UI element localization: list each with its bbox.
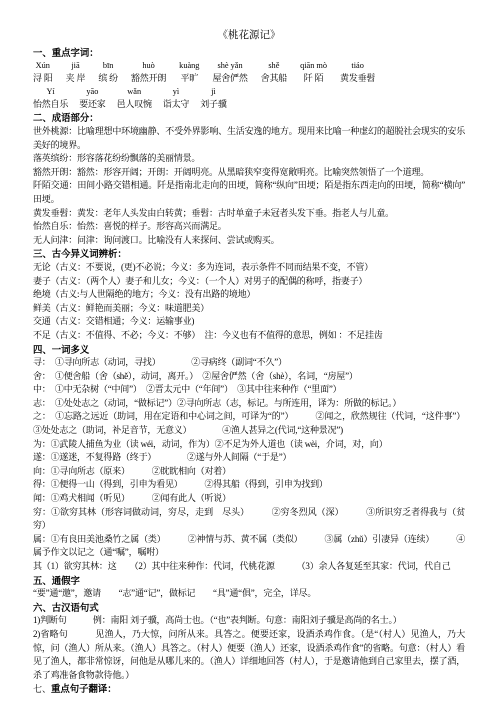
keyword-row-2: Yí怡然自乐 yāo要还家 wǎn邑人叹惋 yì诣太守 jì刘子骥 [33, 86, 465, 112]
keyword-item: shě舍其船 [261, 60, 287, 86]
keyword-item: Xún浔 阳 [33, 60, 53, 86]
pinyin: jì [211, 86, 216, 99]
polysemy-line: 穷：①欲穷其林（形容词做动词，穷尽，走到 尽头） ②穷冬烈风（深） ③所识穷乏者… [33, 506, 465, 533]
idiom-line: 黄发垂髫：黄发：老年人头发由白转黄；垂髫：古时单童子未冠者头发下垂。指老人与儿童… [33, 207, 465, 221]
idiom-line: 豁然开朗：豁然：形容开阔；开朗：开阔明亮。从黑暗狭窄变得宽敞明亮。比喻突然领悟了… [33, 166, 465, 180]
section-heading-ancient-modern: 三、古今异义词辨析： [33, 247, 465, 261]
idiom-line: 怡然自乐：怡然：喜悦的样子。形容高兴而满足。 [33, 220, 465, 234]
pinyin: shě [268, 60, 279, 73]
page-title: 《桃花源记》 [33, 28, 465, 43]
pinyin: huò [142, 60, 154, 73]
idiom-line: 落英缤纷：形容落花纷纷飘落的美丽情景。 [33, 152, 465, 166]
idiom-line: 阡陌交通：田间小路交错相通。阡是指南北走向的田埂，简称“纵向”田埂；陌是指东西走… [33, 179, 465, 206]
hanzi: 怡然自乐 [33, 98, 68, 111]
hanzi: 屋舍俨然 [212, 72, 247, 85]
keyword-row-1: Xún浔 阳 jiā夹 岸 bīn缤 纷 huò豁然开朗 kuàng平旷 shè… [33, 60, 465, 86]
section-heading-tongjiazi: 五、通假字 [33, 574, 465, 588]
keyword-item: qiān mò阡 陌 [300, 60, 327, 86]
keyword-item: jì刘子骥 [200, 86, 226, 112]
section-heading-syntax: 六、古汉语句式 [33, 601, 465, 615]
hanzi: 刘子骥 [200, 98, 226, 111]
section-number: 七、 [33, 684, 51, 694]
hanzi: 黄发垂髫 [340, 72, 375, 85]
syntax-line: 1)判断句 例：南阳 刘子骥，高尚士也。（“也”表判断。句意：南阳刘子骥是高尚的… [33, 614, 465, 628]
hanzi: 浔 阳 [33, 72, 53, 85]
polysemy-line: 志： ①处处志之（动词，“做标记”）②寻向所志（志，标记。与所连用，译为：所做的… [33, 397, 465, 411]
hanzi: 邑人叹惋 [117, 98, 152, 111]
keyword-item: Yí怡然自乐 [33, 86, 68, 112]
polysemy-line: 属：①有良田美池桑竹之属（类） ②神情与苏、黄不属（类似） ③属（zhǔ）引凄异… [33, 533, 465, 560]
polysemy-line: 寻： ①寻向所志（动词，寻找） ②寻病终（副词“不久”） [33, 356, 465, 370]
keyword-item: jiā夹 岸 [66, 60, 86, 86]
polysemy-line: 中： ①中无杂树（“中间”） ②晋太元中（“年间”） ③其中往来种作（“里面”） [33, 383, 465, 397]
hanzi: 要还家 [79, 98, 105, 111]
ancient-modern-line: 妻子（古义：（两个人）妻子和儿女；今义：（一个人）对男子的配偶的称呼，指妻子） [33, 275, 465, 289]
pinyin: bīn [103, 60, 114, 73]
section-heading-keywords: 一、重点字词： [33, 46, 465, 60]
ancient-modern-line: 无论（古义：不要说，(更)不必说；今义：多为连词，表示条件不同而结果不变，不管） [33, 261, 465, 275]
keyword-item: shè yǎn屋舍俨然 [212, 60, 247, 86]
section-heading-translation: 七、重点句子翻译： [33, 682, 465, 697]
document-page: 《桃花源记》 一、重点字词： Xún浔 阳 jiā夹 岸 bīn缤 纷 huò豁… [0, 0, 496, 702]
polysemy-line: 其（1）欲穷其林：这 （2）其中往来种作：代词，代桃花源 （3）余人各复延至其家… [33, 560, 465, 574]
keyword-item: yì诣太守 [163, 86, 189, 112]
polysemy-line: 得：①便得一山（得到，引申为看见） ②得其船（得到，引申为找到） [33, 478, 465, 492]
hanzi: 舍其船 [261, 72, 287, 85]
keyword-item: kuàng平旷 [179, 60, 199, 86]
ancient-modern-line: 绝境（古义:与人世隔绝的地方；今义：没有出路的境地） [33, 288, 465, 302]
keyword-item: tiáo黄发垂髫 [340, 60, 375, 86]
pinyin: yì [173, 86, 179, 99]
idiom-line: 世外桃源：比喻理想中环境幽静、不受外界影响、生活安逸的地方。现用来比喻一种虚幻的… [33, 125, 465, 152]
hanzi: 诣太守 [163, 98, 189, 111]
tongjiazi-line: “要”通“邀”，邀请 “志”通“记”，做标记 “具”通“俱”，完全，详尽。 [33, 587, 465, 601]
hanzi: 平旷 [181, 72, 199, 85]
pinyin: qiān mò [300, 60, 327, 73]
pinyin: kuàng [179, 60, 199, 73]
polysemy-line: 舍： ①便舍船（舍（shě），动词，离开。） ②屋舍俨然（舍（shè），名词，“… [33, 370, 465, 384]
polysemy-line: 遂：①遂迷，不复得路（终于） ②遂与外人间隔（“于是”） [33, 451, 465, 465]
pinyin: yāo [86, 86, 98, 99]
keyword-item: yāo要还家 [79, 86, 105, 112]
keyword-item: bīn缤 纷 [98, 60, 118, 86]
idiom-line: 无人问津：问津：询问渡口。比喻没有人来探问、尝试或购买。 [33, 234, 465, 248]
hanzi: 阡 陌 [304, 72, 324, 85]
hanzi: 夹 岸 [66, 72, 86, 85]
syntax-line: 2)省略句 见渔人，乃大惊，问所从来。具答之。便要还家，设酒杀鸡作食。（是“（村… [33, 628, 465, 682]
pinyin: shè yǎn [217, 60, 242, 73]
polysemy-line: 闻：①鸡犬相闻（听见） ②闻有此人（听说） [33, 492, 465, 506]
keyword-item: wǎn邑人叹惋 [117, 86, 152, 112]
pinyin: wǎn [127, 86, 141, 99]
ancient-modern-line: 不足（古义：不值得、不必；今义：不够） 注：今义也有不值得的意思，例如 ：不足挂… [33, 329, 465, 343]
pinyin: tiáo [351, 60, 363, 73]
pinyin: Yí [46, 86, 54, 99]
pinyin: jiā [71, 60, 79, 73]
polysemy-line: 向：①寻向所志（原来） ②眈眈相向（对着） [33, 465, 465, 479]
keyword-item: huò豁然开朗 [131, 60, 166, 86]
polysemy-line: 之： ①忘路之远近（助词，用在定语和中心词之间，可译为“的”） ②闻之，欣然规往… [33, 410, 465, 437]
section-title-text: 重点句子翻译： [51, 683, 117, 694]
pinyin: Xún [36, 60, 50, 73]
hanzi: 缤 纷 [98, 72, 118, 85]
hanzi: 豁然开朗 [131, 72, 166, 85]
ancient-modern-line: 交通（古义：交错相通；今义：运输事业) [33, 315, 465, 329]
ancient-modern-line: 鲜美（古义：鲜艳而美丽；今义：味道肥美） [33, 302, 465, 316]
section-heading-idioms: 二、成语部分： [33, 111, 465, 125]
section-heading-polysemy: 四、一词多义 [33, 343, 465, 357]
polysemy-line: 为：①武陵人捕鱼为业（读 wéi，动词，作为）②不足为外人道也（读 wèi，介词… [33, 438, 465, 452]
